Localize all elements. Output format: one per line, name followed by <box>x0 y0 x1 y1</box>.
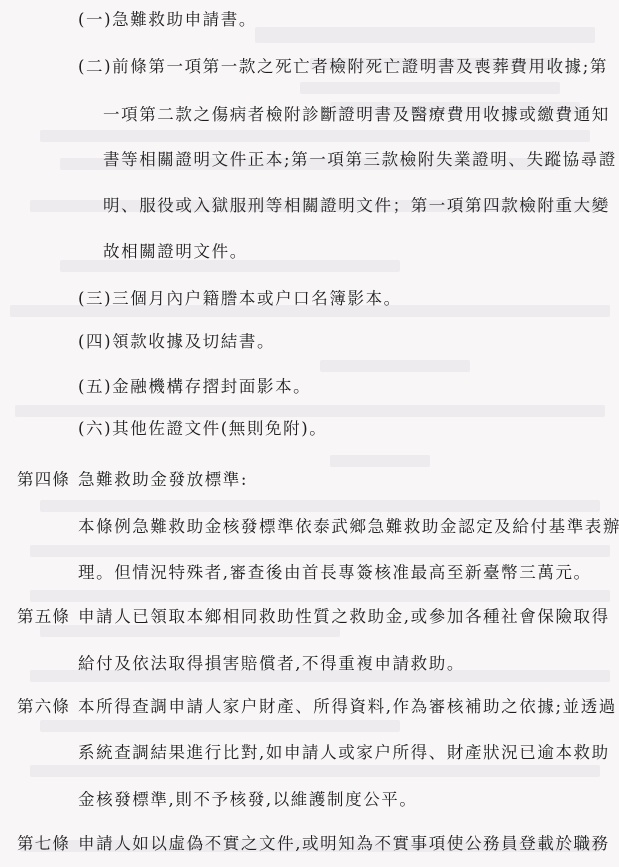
article-4-line-2: 本條例急難救助金核發標準依泰武鄉急難救助金認定及給付基準表辦 <box>78 517 619 537</box>
list-item-2-line-3: 書等相關證明文件正本;第一項第三款檢附失業證明、失蹤協尋證 <box>103 150 617 170</box>
list-item-3: (三)三個月內户籍謄本或户口名簿影本。 <box>78 289 402 309</box>
list-item-2-line-4: 明、服役或入獄服刑等相關證明文件；第一項第四款檢附重大變 <box>103 196 610 216</box>
article-5-line-2: 給付及依法取得損害賠償者,不得重複申請救助。 <box>78 654 465 674</box>
article-7-line-1: 申請人如以虛偽不實之文件,或明知為不實事項使公務員登載於職務 <box>78 834 610 854</box>
article-6-line-3: 金核發標準,則不予核發,以維護制度公平。 <box>78 790 418 810</box>
article-4-number: 第四條 <box>17 470 70 490</box>
article-4-heading: 急難救助金發放標準: <box>78 470 248 490</box>
article-5-number: 第五條 <box>17 607 70 627</box>
list-item-2-line-1: (二)前條第一項第一款之死亡者檢附死亡證明書及喪葬費用收據;第 <box>78 57 608 77</box>
article-6-number: 第六條 <box>17 697 70 717</box>
list-item-2-line-5: 故相關證明文件。 <box>103 242 248 262</box>
list-item-4: (四)領款收據及切結書。 <box>78 332 275 352</box>
article-7-number: 第七條 <box>17 834 70 854</box>
article-6-line-2: 系統查調結果進行比對,如申請人或家户所得、財產狀況已逾本救助 <box>78 743 610 763</box>
list-item-1: (一)急難救助申請書。 <box>78 10 257 30</box>
list-item-6: (六)其他佐證文件(無則免附)。 <box>78 419 327 439</box>
document-page: (一)急難救助申請書。 (二)前條第一項第一款之死亡者檢附死亡證明書及喪葬費用收… <box>0 0 619 867</box>
article-6-line-1: 本所得查調申請人家户財產、所得資料,作為審核補助之依據;並透過 <box>78 697 617 717</box>
article-5-line-1: 申請人已領取本鄉相同救助性質之救助金,或參加各種社會保險取得 <box>78 607 610 627</box>
article-4-line-3: 理。但情況特殊者,審查後由首長專簽核准最高至新臺幣三萬元。 <box>78 563 592 583</box>
list-item-2-line-2: 一項第二款之傷病者檢附診斷證明書及醫療費用收據或繳費通知 <box>103 105 610 125</box>
list-item-5: (五)金融機構存摺封面影本。 <box>78 377 311 397</box>
